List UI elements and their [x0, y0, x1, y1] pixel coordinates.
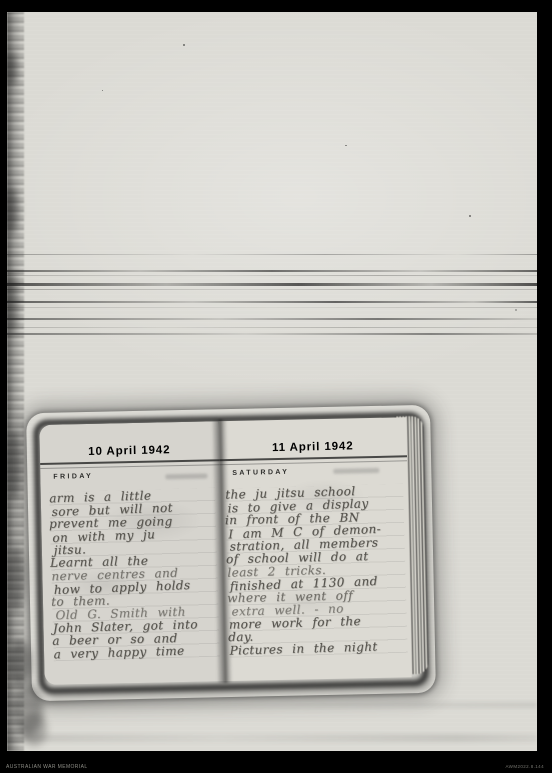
diary-book: 10 April 1942 FRIDAY arm is a little sor… — [32, 411, 430, 695]
scan-streak — [7, 254, 537, 255]
day-of-week-label: SATURDAY — [232, 466, 407, 477]
date-divider-rule — [219, 455, 407, 465]
page-date: 10 April 1942 — [40, 443, 219, 459]
diary-page-left: 10 April 1942 FRIDAY arm is a little sor… — [39, 421, 223, 685]
scan-streak — [7, 734, 537, 742]
handwritten-entry: arm is a little sore but will not preven… — [49, 488, 220, 662]
scan-streak — [7, 289, 537, 290]
archive-photo-viewer: { "archive": { "label": "AUSTRALIAN WAR … — [0, 0, 552, 773]
handwritten-entry: the ju jitsu school is to give a display… — [225, 484, 408, 658]
smudge-blob — [7, 547, 25, 611]
archive-label: AUSTRALIAN WAR MEMORIAL — [6, 764, 88, 770]
scan-streak — [7, 301, 537, 303]
dust-speck — [102, 90, 103, 91]
smudge-blob — [9, 640, 31, 686]
scan-streak — [7, 327, 537, 328]
scan-streak — [7, 318, 537, 320]
bleed-through-mark — [333, 468, 379, 474]
page-date: 11 April 1942 — [219, 439, 407, 455]
scan-streak — [7, 275, 537, 276]
scan-streak — [7, 307, 537, 308]
bleed-through-mark — [165, 473, 207, 479]
date-divider-rule — [40, 459, 219, 469]
dust-speck — [515, 309, 517, 311]
diary-page-right: 11 April 1942 SATURDAY the ju jitsu scho… — [218, 417, 411, 681]
scanned-paper: 10 April 1942 FRIDAY arm is a little sor… — [7, 12, 537, 751]
scan-streak — [7, 270, 537, 272]
scan-streak — [7, 333, 537, 335]
scan-streak — [7, 283, 537, 286]
dust-speck — [183, 44, 185, 46]
dust-speck — [345, 145, 347, 146]
archive-reference-number: AWM2022.8.144 — [505, 764, 544, 769]
dust-speck — [469, 215, 471, 217]
scan-streak — [7, 702, 537, 708]
